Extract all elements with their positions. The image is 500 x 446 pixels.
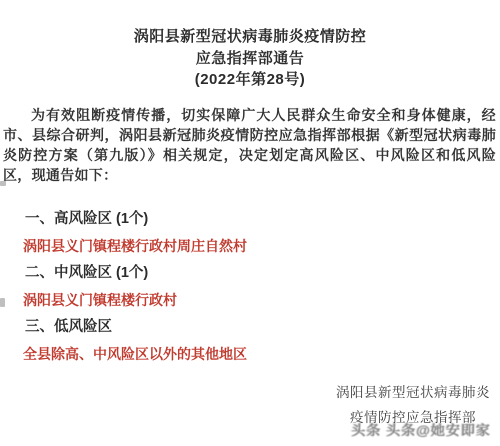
notice-title: 涡阳县新型冠状病毒肺炎疫情防控 应急指挥部通告 (2022年第28号) xyxy=(0,0,500,91)
notice-title-line1: 涡阳县新型冠状病毒肺炎疫情防控 xyxy=(0,26,500,48)
high-risk-area: 涡阳县义门镇程楼行政村周庄自然村 xyxy=(23,237,500,255)
medium-risk-area: 涡阳县义门镇程楼行政村 xyxy=(23,291,500,309)
issuer-signature-line1: 涡阳县新型冠状病毒肺炎 xyxy=(336,380,490,405)
notice-number: (2022年第28号) xyxy=(0,69,500,91)
scan-artifact xyxy=(0,298,5,307)
high-risk-heading: 一、高风险区 (1个) xyxy=(25,210,500,229)
low-risk-heading: 三、低风险区 xyxy=(25,318,500,337)
medium-risk-heading: 二、中风险区 (1个) xyxy=(25,264,500,283)
medium-risk-section: 二、中风险区 (1个) 涡阳县义门镇程楼行政村 xyxy=(0,264,500,309)
low-risk-section: 三、低风险区 全县除高、中风险区以外的其他地区 xyxy=(0,318,500,363)
low-risk-area: 全县除高、中风险区以外的其他地区 xyxy=(23,345,500,363)
notice-document: 涡阳县新型冠状病毒肺炎疫情防控 应急指挥部通告 (2022年第28号) 为有效阻… xyxy=(0,0,500,446)
risk-zone-sections: 一、高风险区 (1个) 涡阳县义门镇程楼行政村周庄自然村 二、中风险区 (1个)… xyxy=(0,210,500,363)
scan-artifact xyxy=(0,181,6,186)
toutiao-watermark: 头条 头条@她安即家 xyxy=(351,420,491,439)
notice-body-paragraph: 为有效阻断疫情传播，切实保障广大人民群众生命安全和身体健康，经市、县综合研判，涡… xyxy=(3,105,496,185)
high-risk-section: 一、高风险区 (1个) 涡阳县义门镇程楼行政村周庄自然村 xyxy=(0,210,500,255)
notice-title-line2: 应急指挥部通告 xyxy=(0,48,500,70)
